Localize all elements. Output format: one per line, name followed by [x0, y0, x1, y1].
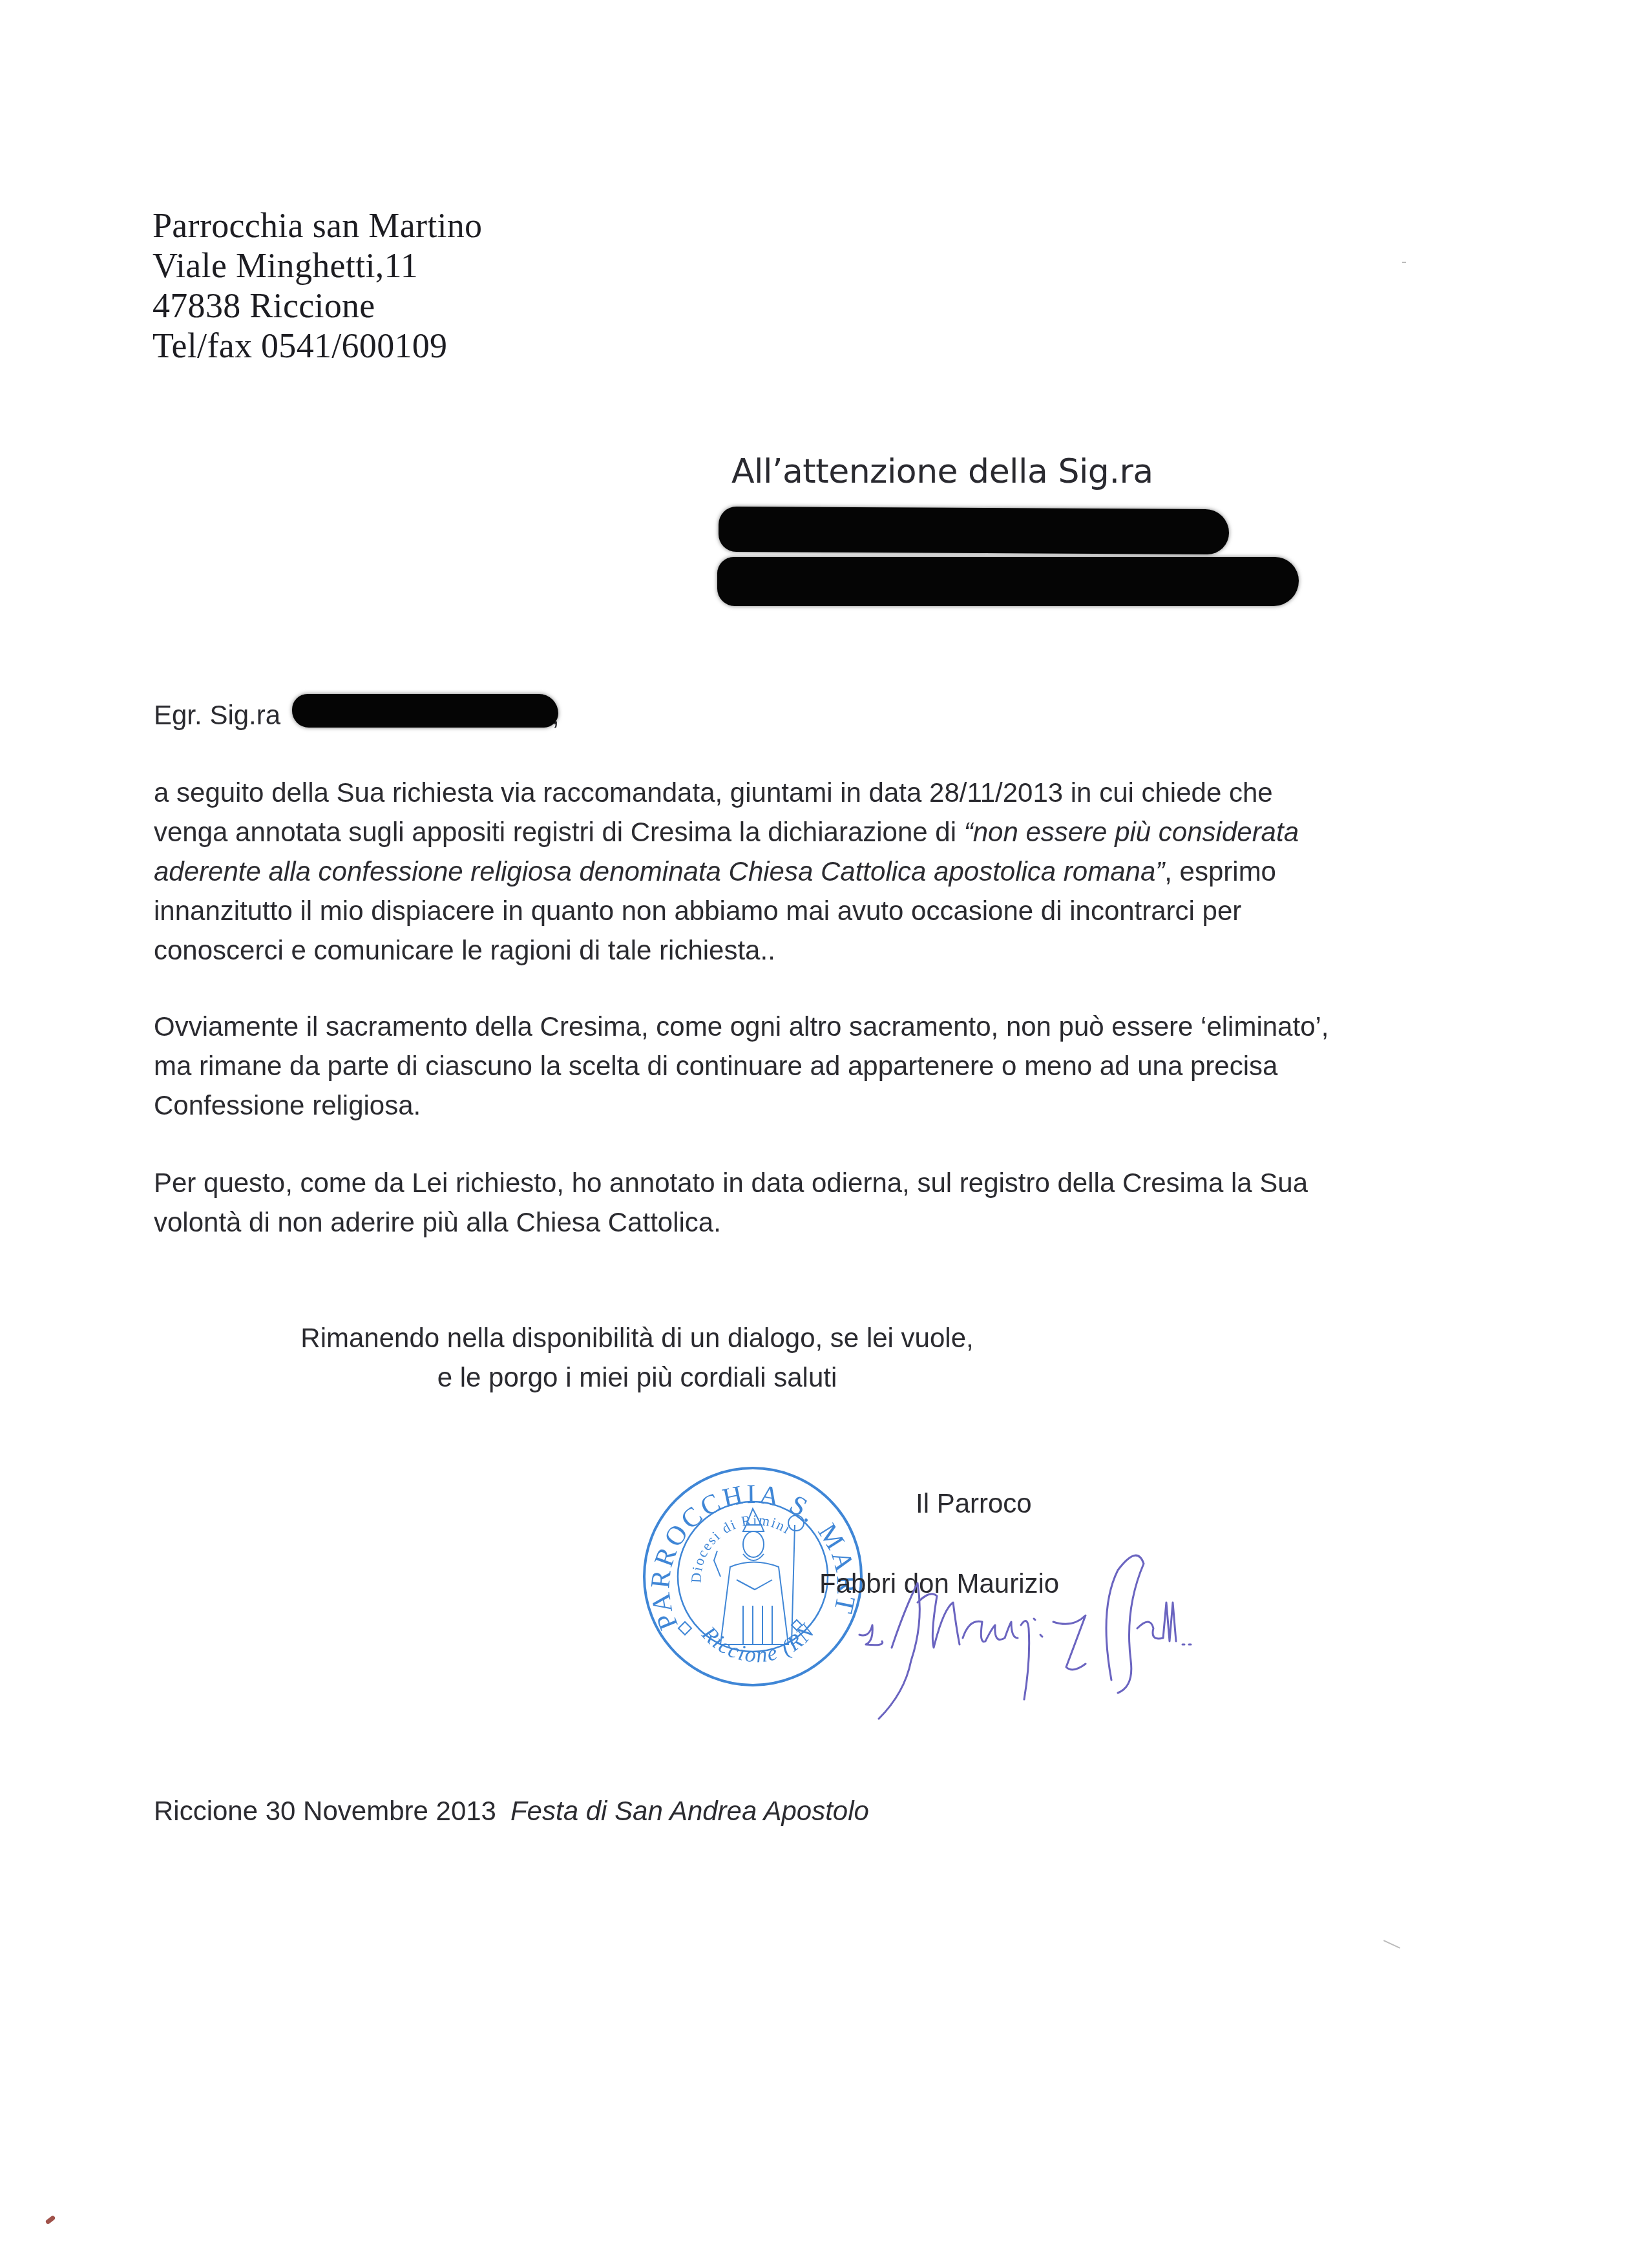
scan-mark [1402, 262, 1406, 263]
letterhead-phone: Tel/fax 0541/600109 [152, 326, 482, 366]
attention-label: All’attenzione della Sig.ra [731, 452, 1153, 491]
quoted-declaration: aderente alla confessione religiosa deno… [154, 856, 1164, 887]
text-plain: , esprimo [1164, 856, 1276, 887]
paragraph-line: Ovviamente il sacramento della Cresima, … [154, 1007, 1524, 1046]
quoted-declaration: “non essere più considerata [964, 817, 1299, 847]
paragraph-line: innanzitutto il mio dispiacere in quanto… [154, 891, 1524, 930]
paragraph-line: aderente alla confessione religiosa deno… [154, 852, 1524, 891]
paragraph-line: a seguito della Sua richiesta via raccom… [154, 773, 1524, 812]
svg-text:PARROCCHIA S. MARTINO: PARROCCHIA S. MARTINO [640, 1464, 861, 1634]
closing: Rimanendo nella disponibilità di un dial… [0, 1318, 1649, 1397]
stamp-outer-text: PARROCCHIA S. MARTINO [640, 1464, 861, 1634]
text-plain: venga annotata sugli appositi registri d… [154, 817, 964, 847]
letterhead-address: Viale Minghetti,11 [152, 246, 482, 286]
handwritten-signature-icon [840, 1531, 1266, 1738]
redaction-bar-addressee-address [717, 557, 1299, 606]
letterhead: Parrocchia san Martino Viale Minghetti,1… [152, 205, 482, 366]
paragraph-line: volontà di non aderire più alla Chiesa C… [154, 1202, 1524, 1242]
feast-day: Festa di San Andrea Apostolo [510, 1796, 869, 1826]
closing-line: Rimanendo nella disponibilità di un dial… [0, 1318, 1649, 1358]
letterhead-city: 47838 Riccione [152, 286, 482, 326]
paragraph-line: ma rimane da parte di ciascuno la scelta… [154, 1046, 1524, 1086]
paragraph-line: conoscerci e comunicare le ragioni di ta… [154, 930, 1524, 970]
signatory-role: Il Parroco [916, 1484, 1032, 1523]
scan-speck [45, 2215, 56, 2225]
greeting-salutation: Egr. Sig.ra [154, 700, 280, 730]
dateline: Riccione 30 Novembre 2013Festa di San An… [154, 1791, 869, 1831]
place-date: Riccione 30 Novembre 2013 [154, 1796, 496, 1826]
paragraph-request: a seguito della Sua richiesta via raccom… [154, 773, 1524, 970]
letterhead-parish-name: Parrocchia san Martino [152, 205, 482, 246]
closing-line: e le porgo i miei più cordiali saluti [0, 1358, 1649, 1397]
redaction-bar-addressee-name [719, 507, 1229, 554]
paragraph-annotation: Per questo, come da Lei richiesto, ho an… [154, 1163, 1524, 1242]
paragraph-sacrament: Ovviamente il sacramento della Cresima, … [154, 1007, 1524, 1125]
paragraph-line: Confessione religiosa. [154, 1086, 1524, 1125]
redaction-bar-greeting-name [292, 694, 558, 728]
paragraph-line: venga annotata sugli appositi registri d… [154, 812, 1524, 852]
paragraph-line: Per questo, come da Lei richiesto, ho an… [154, 1163, 1524, 1202]
scan-mark [1383, 1940, 1400, 1949]
